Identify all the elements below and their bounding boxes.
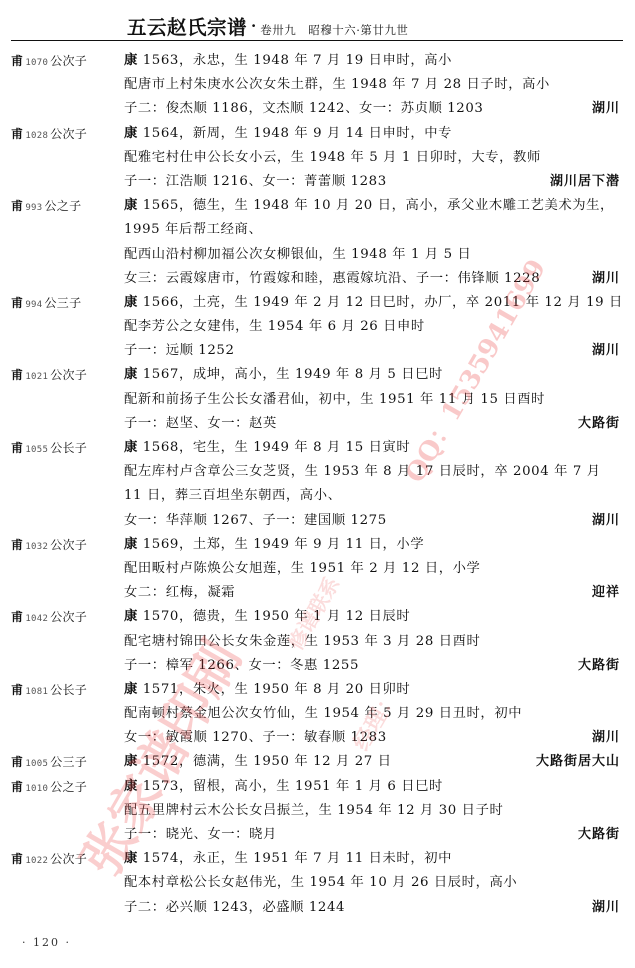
- entry-line: 配唐市上村朱庚水公次女朱土群，生 1948 年 7 月 28 日子时，高小: [0, 73, 635, 97]
- entry-line: 配雅宅村仕申公长女小云，生 1948 年 5 月 1 日卯时，大专，教师: [0, 146, 635, 170]
- parent-generation-mark: 甫: [11, 296, 23, 310]
- residence-location: 大路街: [578, 412, 620, 436]
- entry-text: 子一：樟军 1266、女一：冬惠 1255: [124, 654, 359, 678]
- entry-line: 子一：赵坚、女一：赵英大路街: [0, 412, 635, 436]
- entry-line: 子一：远顺 1252湖川: [0, 339, 635, 363]
- entry-text: 配宅塘村锦田公长女朱金莲，生 1953 年 3 月 28 日酉时: [124, 630, 480, 654]
- entry-detail: 1571，朱火，生 1950 年 8 月 20 日卯时: [138, 682, 410, 697]
- entry-detail: 子二：必兴顺 1243，必盛顺 1244: [124, 900, 345, 915]
- entry-detail: 女二：红梅，凝霜: [124, 585, 235, 600]
- entry-text: 配左库村卢含章公三女芝贤，生 1953 年 8 月 17 日辰时，卒 2004 …: [124, 460, 601, 484]
- entry-text: 康 1566，土亮，生 1949 年 2 月 12 日巳时，办厂，卒 2011 …: [124, 291, 623, 315]
- entry-text: 女三：云霞嫁唐市，竹霞嫁和睦，惠霞嫁坑沿、子一：伟锋顺 1228: [124, 267, 540, 291]
- entry-detail: 女三：云霞嫁唐市，竹霞嫁和睦，惠霞嫁坑沿、子一：伟锋顺 1228: [124, 271, 540, 286]
- entry-detail: 女一：敏霞顺 1270、子一：敏春顺 1283: [124, 730, 387, 745]
- parent-number: 1070: [25, 58, 48, 68]
- header-rule: [11, 40, 623, 41]
- entry-line: 配宅塘村锦田公长女朱金莲，生 1953 年 3 月 28 日酉时: [0, 630, 635, 654]
- parent-relation: 公次子: [50, 852, 87, 866]
- genealogy-entry: 甫1005公三子康 1572，德满，生 1950 年 12 月 27 日大路街居…: [0, 750, 635, 774]
- residence-location: 大路街: [578, 823, 620, 847]
- header-title-group: 五云赵氏宗谱 · 卷卅九 昭穆十六·第廿九世: [127, 12, 408, 40]
- parent-relation: 公长子: [50, 683, 87, 697]
- genealogy-entry: 甫1070公次子康 1563，永忠，生 1948 年 7 月 19 日申时，高小…: [0, 49, 635, 122]
- entry-text: 子一：赵坚、女一：赵英: [124, 412, 277, 436]
- entry-detail: 1570，德贵，生 1950 年 1 月 12 日辰时: [138, 609, 410, 624]
- entry-text: 配西山沿村柳加福公次女柳银仙，生 1948 年 1 月 5 日: [124, 243, 471, 267]
- entry-detail: 配田畈村卢陈焕公女旭莲，生 1951 年 2 月 12 日，小学: [124, 561, 480, 576]
- parent-relation: 公次子: [50, 54, 87, 68]
- parent-relation: 公长子: [50, 441, 87, 455]
- generation-mark: 康: [124, 53, 138, 68]
- genealogy-entry: 甫1010公之子康 1573，留根，高小，生 1951 年 1 月 6 日巳时配…: [0, 775, 635, 848]
- entry-detail: 11 日，葬三百坦坐东朝西，高小、: [124, 488, 342, 503]
- entry-line: 配西山沿村柳加福公次女柳银仙，生 1948 年 1 月 5 日: [0, 243, 635, 267]
- entry-detail: 配左库村卢含章公三女芝贤，生 1953 年 8 月 17 日辰时，卒 2004 …: [124, 464, 601, 479]
- parent-relation: 公次子: [50, 610, 87, 624]
- parent-reference: 甫1010公之子: [11, 775, 87, 801]
- parent-reference: 甫1022公次子: [11, 847, 87, 873]
- entry-text: 配新和前扬子生公长女潘君仙，初中，生 1951 年 11 月 15 日酉时: [124, 388, 545, 412]
- page-number: · 120 ·: [22, 936, 71, 949]
- entry-line: 甫1042公次子康 1570，德贵，生 1950 年 1 月 12 日辰时: [0, 605, 635, 629]
- residence-location: 大路街: [578, 654, 620, 678]
- entry-detail: 配雅宅村仕申公长女小云，生 1948 年 5 月 1 日卯时，大专，教师: [124, 150, 541, 165]
- generation-mark: 康: [124, 440, 138, 455]
- residence-location: 湖川: [592, 267, 620, 291]
- entry-detail: 1563，永忠，生 1948 年 7 月 19 日申时，高小: [138, 53, 452, 68]
- parent-generation-mark: 甫: [11, 780, 23, 794]
- entry-line: 子二：必兴顺 1243，必盛顺 1244湖川: [0, 896, 635, 920]
- entry-text: 11 日，葬三百坦坐东朝西，高小、: [124, 484, 342, 508]
- parent-relation: 公之子: [50, 780, 87, 794]
- residence-location: 湖川: [592, 509, 620, 533]
- entry-text: 康 1570，德贵，生 1950 年 1 月 12 日辰时: [124, 605, 410, 629]
- entry-text: 配田畈村卢陈焕公女旭莲，生 1951 年 2 月 12 日，小学: [124, 557, 480, 581]
- entry-text: 康 1563，永忠，生 1948 年 7 月 19 日申时，高小: [124, 49, 452, 73]
- entry-text: 配雅宅村仕申公长女小云，生 1948 年 5 月 1 日卯时，大专，教师: [124, 146, 541, 170]
- entry-line: 女一：敏霞顺 1270、子一：敏春顺 1283湖川: [0, 726, 635, 750]
- entry-text: 配李芳公之女建伟，生 1954 年 6 月 26 日申时: [124, 315, 425, 339]
- genealogy-entry: 甫1081公长子康 1571，朱火，生 1950 年 8 月 20 日卯时配南顿…: [0, 678, 635, 751]
- genealogy-entry: 甫993公之子康 1565，德生，生 1948 年 10 月 20 日，高小，承…: [0, 194, 635, 291]
- entry-text: 康 1572，德满，生 1950 年 12 月 27 日: [124, 750, 392, 774]
- residence-location: 湖川居下潜: [550, 170, 620, 194]
- entry-detail: 子一：远顺 1252: [124, 343, 235, 358]
- parent-reference: 甫1070公次子: [11, 49, 87, 75]
- entry-text: 女一：敏霞顺 1270、子一：敏春顺 1283: [124, 726, 387, 750]
- entry-line: 甫1021公次子康 1567，成坤，高小，生 1949 年 8 月 5 日巳时: [0, 363, 635, 387]
- entry-detail: 1568，宅生，生 1949 年 8 月 15 日寅时: [138, 440, 410, 455]
- generation-mark: 康: [124, 754, 138, 769]
- entry-text: 康 1571，朱火，生 1950 年 8 月 20 日卯时: [124, 678, 410, 702]
- residence-location: 湖川: [592, 97, 620, 121]
- parent-reference: 甫993公之子: [11, 194, 81, 220]
- entry-detail: 子一：江浩顺 1216、女一：菁蕾顺 1283: [124, 174, 387, 189]
- entry-text: 康 1567，成坤，高小，生 1949 年 8 月 5 日巳时: [124, 363, 443, 387]
- entry-line: 女二：红梅，凝霜迎祥: [0, 581, 635, 605]
- entry-detail: 配本村章松公长女赵伟光，生 1954 年 10 月 26 日辰时，高小: [124, 875, 517, 890]
- parent-generation-mark: 甫: [11, 127, 23, 141]
- entry-text: 配南顿村蔡金旭公次女竹仙，生 1954 年 5 月 29 日丑时，初中: [124, 702, 522, 726]
- generation-mark: 康: [124, 779, 138, 794]
- entry-line: 配李芳公之女建伟，生 1954 年 6 月 26 日申时: [0, 315, 635, 339]
- entry-line: 1995 年后帮工经商、: [0, 218, 635, 242]
- entry-text: 配本村章松公长女赵伟光，生 1954 年 10 月 26 日辰时，高小: [124, 871, 517, 895]
- entry-text: 康 1565，德生，生 1948 年 10 月 20 日，高小，承父业木雕工艺美…: [124, 194, 614, 218]
- residence-location: 大路街居大山: [536, 750, 620, 774]
- parent-relation: 公次子: [50, 368, 87, 382]
- entry-text: 子一：晓光、女一：晓月: [124, 823, 277, 847]
- entry-detail: 子二：俊杰顺 1186，文杰顺 1242、女一：苏贞顺 1203: [124, 101, 483, 116]
- parent-generation-mark: 甫: [11, 199, 23, 213]
- parent-relation: 公次子: [50, 538, 87, 552]
- entry-line: 配左库村卢含章公三女芝贤，生 1953 年 8 月 17 日辰时，卒 2004 …: [0, 460, 635, 484]
- entry-text: 配五里牌村云木公长女吕振兰，生 1954 年 12 月 30 日子时: [124, 799, 503, 823]
- parent-reference: 甫1042公次子: [11, 605, 87, 631]
- page-header: 五云赵氏宗谱 · 卷卅九 昭穆十六·第廿九世: [0, 0, 635, 43]
- entry-line: 甫1081公长子康 1571，朱火，生 1950 年 8 月 20 日卯时: [0, 678, 635, 702]
- genealogy-entry: 甫1021公次子康 1567，成坤，高小，生 1949 年 8 月 5 日巳时配…: [0, 363, 635, 436]
- parent-generation-mark: 甫: [11, 441, 23, 455]
- parent-number: 1022: [25, 856, 48, 866]
- entry-line: 子二：俊杰顺 1186，文杰顺 1242、女一：苏贞顺 1203湖川: [0, 97, 635, 121]
- entry-line: 甫1055公长子康 1568，宅生，生 1949 年 8 月 15 日寅时: [0, 436, 635, 460]
- entry-line: 配五里牌村云木公长女吕振兰，生 1954 年 12 月 30 日子时: [0, 799, 635, 823]
- entry-text: 女二：红梅，凝霜: [124, 581, 235, 605]
- entry-text: 康 1574，永正，生 1951 年 7 月 11 日未时，初中: [124, 847, 452, 871]
- entry-line: 11 日，葬三百坦坐东朝西，高小、: [0, 484, 635, 508]
- entry-text: 配唐市上村朱庚水公次女朱土群，生 1948 年 7 月 28 日子时，高小: [124, 73, 550, 97]
- entry-detail: 配李芳公之女建伟，生 1954 年 6 月 26 日申时: [124, 319, 425, 334]
- entry-text: 1995 年后帮工经商、: [124, 218, 262, 242]
- entry-detail: 1569，土郑，生 1949 年 9 月 11 日，小学: [138, 537, 424, 552]
- entry-text: 子一：江浩顺 1216、女一：菁蕾顺 1283: [124, 170, 387, 194]
- parent-number: 1028: [25, 131, 48, 141]
- entry-text: 子一：远顺 1252: [124, 339, 235, 363]
- genealogy-entry: 甫1055公长子康 1568，宅生，生 1949 年 8 月 15 日寅时配左库…: [0, 436, 635, 533]
- section-label: 昭穆十六·第廿九世: [308, 22, 408, 38]
- parent-generation-mark: 甫: [11, 54, 23, 68]
- entry-line: 女三：云霞嫁唐市，竹霞嫁和睦，惠霞嫁坑沿、子一：伟锋顺 1228湖川: [0, 267, 635, 291]
- parent-number: 993: [25, 203, 42, 213]
- entry-line: 配本村章松公长女赵伟光，生 1954 年 10 月 26 日辰时，高小: [0, 871, 635, 895]
- generation-mark: 康: [124, 682, 138, 697]
- entry-detail: 子一：晓光、女一：晓月: [124, 827, 277, 842]
- parent-relation: 公之子: [44, 199, 81, 213]
- parent-generation-mark: 甫: [11, 755, 23, 769]
- parent-generation-mark: 甫: [11, 538, 23, 552]
- entry-text: 康 1568，宅生，生 1949 年 8 月 15 日寅时: [124, 436, 410, 460]
- book-title: 五云赵氏宗谱: [127, 12, 247, 40]
- entry-detail: 配唐市上村朱庚水公次女朱土群，生 1948 年 7 月 28 日子时，高小: [124, 77, 550, 92]
- entry-line: 子一：樟军 1266、女一：冬惠 1255大路街: [0, 654, 635, 678]
- entry-line: 甫1028公次子康 1564，新周，生 1948 年 9 月 14 日申时，中专: [0, 122, 635, 146]
- generation-mark: 康: [124, 295, 138, 310]
- parent-reference: 甫1021公次子: [11, 363, 87, 389]
- entry-detail: 1567，成坤，高小，生 1949 年 8 月 5 日巳时: [138, 367, 443, 382]
- parent-number: 1021: [25, 372, 48, 382]
- entry-detail: 子一：樟军 1266、女一：冬惠 1255: [124, 658, 359, 673]
- parent-number: 1032: [25, 542, 48, 552]
- entry-detail: 配南顿村蔡金旭公次女竹仙，生 1954 年 5 月 29 日丑时，初中: [124, 706, 522, 721]
- entry-detail: 配五里牌村云木公长女吕振兰，生 1954 年 12 月 30 日子时: [124, 803, 503, 818]
- residence-location: 湖川: [592, 726, 620, 750]
- entry-line: 子一：江浩顺 1216、女一：菁蕾顺 1283湖川居下潜: [0, 170, 635, 194]
- parent-relation: 公次子: [50, 127, 87, 141]
- entry-detail: 子一：赵坚、女一：赵英: [124, 416, 277, 431]
- entry-line: 女一：华萍顺 1267、子一：建国顺 1275湖川: [0, 509, 635, 533]
- parent-reference: 甫1032公次子: [11, 533, 87, 559]
- genealogy-entries: 甫1070公次子康 1563，永忠，生 1948 年 7 月 19 日申时，高小…: [0, 49, 635, 920]
- entry-line: 配田畈村卢陈焕公女旭莲，生 1951 年 2 月 12 日，小学: [0, 557, 635, 581]
- generation-mark: 康: [124, 609, 138, 624]
- parent-generation-mark: 甫: [11, 368, 23, 382]
- parent-generation-mark: 甫: [11, 683, 23, 697]
- entry-line: 甫1010公之子康 1573，留根，高小，生 1951 年 1 月 6 日巳时: [0, 775, 635, 799]
- genealogy-entry: 甫1042公次子康 1570，德贵，生 1950 年 1 月 12 日辰时配宅塘…: [0, 605, 635, 678]
- genealogy-entry: 甫1022公次子康 1574，永正，生 1951 年 7 月 11 日未时，初中…: [0, 847, 635, 920]
- entry-detail: 1573，留根，高小，生 1951 年 1 月 6 日巳时: [138, 779, 443, 794]
- entry-text: 女一：华萍顺 1267、子一：建国顺 1275: [124, 509, 387, 533]
- parent-reference: 甫1055公长子: [11, 436, 87, 462]
- entry-detail: 1995 年后帮工经商、: [124, 222, 262, 237]
- entry-detail: 1564，新周，生 1948 年 9 月 14 日申时，中专: [138, 126, 452, 141]
- genealogy-entry: 甫994公三子康 1566，土亮，生 1949 年 2 月 12 日巳时，办厂，…: [0, 291, 635, 364]
- entry-line: 子一：晓光、女一：晓月大路街: [0, 823, 635, 847]
- generation-mark: 康: [124, 367, 138, 382]
- entry-line: 甫1005公三子康 1572，德满，生 1950 年 12 月 27 日大路街居…: [0, 750, 635, 774]
- parent-generation-mark: 甫: [11, 610, 23, 624]
- parent-number: 1005: [25, 759, 48, 769]
- entry-detail: 配新和前扬子生公长女潘君仙，初中，生 1951 年 11 月 15 日酉时: [124, 392, 545, 407]
- genealogy-entry: 甫1028公次子康 1564，新周，生 1948 年 9 月 14 日申时，中专…: [0, 122, 635, 195]
- parent-number: 1081: [25, 687, 48, 697]
- entry-line: 甫994公三子康 1566，土亮，生 1949 年 2 月 12 日巳时，办厂，…: [0, 291, 635, 315]
- entry-line: 甫1032公次子康 1569，土郑，生 1949 年 9 月 11 日，小学: [0, 533, 635, 557]
- entry-line: 配南顿村蔡金旭公次女竹仙，生 1954 年 5 月 29 日丑时，初中: [0, 702, 635, 726]
- parent-number: 1010: [25, 784, 48, 794]
- entry-text: 康 1569，土郑，生 1949 年 9 月 11 日，小学: [124, 533, 424, 557]
- entry-line: 甫1022公次子康 1574，永正，生 1951 年 7 月 11 日未时，初中: [0, 847, 635, 871]
- entry-line: 甫993公之子康 1565，德生，生 1948 年 10 月 20 日，高小，承…: [0, 194, 635, 218]
- residence-location: 湖川: [592, 339, 620, 363]
- entry-text: 子二：俊杰顺 1186，文杰顺 1242、女一：苏贞顺 1203: [124, 97, 483, 121]
- generation-mark: 康: [124, 537, 138, 552]
- title-separator: ·: [251, 17, 256, 35]
- parent-reference: 甫1005公三子: [11, 750, 87, 776]
- generation-mark: 康: [124, 851, 138, 866]
- parent-number: 994: [25, 300, 42, 310]
- entry-detail: 1572，德满，生 1950 年 12 月 27 日: [138, 754, 392, 769]
- parent-number: 1055: [25, 445, 48, 455]
- entry-detail: 配西山沿村柳加福公次女柳银仙，生 1948 年 1 月 5 日: [124, 247, 471, 262]
- residence-location: 湖川: [592, 896, 620, 920]
- parent-relation: 公三子: [50, 755, 87, 769]
- entry-text: 康 1564，新周，生 1948 年 9 月 14 日申时，中专: [124, 122, 452, 146]
- generation-mark: 康: [124, 198, 138, 213]
- entry-text: 康 1573，留根，高小，生 1951 年 1 月 6 日巳时: [124, 775, 443, 799]
- entry-detail: 女一：华萍顺 1267、子一：建国顺 1275: [124, 513, 387, 528]
- parent-reference: 甫994公三子: [11, 291, 81, 317]
- entry-detail: 配宅塘村锦田公长女朱金莲，生 1953 年 3 月 28 日酉时: [124, 634, 480, 649]
- parent-reference: 甫1081公长子: [11, 678, 87, 704]
- volume-label: 卷卅九: [260, 22, 296, 38]
- entry-detail: 1574，永正，生 1951 年 7 月 11 日未时，初中: [138, 851, 452, 866]
- parent-number: 1042: [25, 614, 48, 624]
- entry-line: 甫1070公次子康 1563，永忠，生 1948 年 7 月 19 日申时，高小: [0, 49, 635, 73]
- generation-mark: 康: [124, 126, 138, 141]
- parent-generation-mark: 甫: [11, 852, 23, 866]
- entry-line: 配新和前扬子生公长女潘君仙，初中，生 1951 年 11 月 15 日酉时: [0, 388, 635, 412]
- parent-reference: 甫1028公次子: [11, 122, 87, 148]
- parent-relation: 公三子: [44, 296, 81, 310]
- genealogy-entry: 甫1032公次子康 1569，土郑，生 1949 年 9 月 11 日，小学配田…: [0, 533, 635, 606]
- residence-location: 迎祥: [592, 581, 620, 605]
- entry-text: 子二：必兴顺 1243，必盛顺 1244: [124, 896, 345, 920]
- entry-detail: 1565，德生，生 1948 年 10 月 20 日，高小，承父业木雕工艺美术为…: [138, 198, 614, 213]
- entry-detail: 1566，土亮，生 1949 年 2 月 12 日巳时，办厂，卒 2011 年 …: [138, 295, 623, 310]
